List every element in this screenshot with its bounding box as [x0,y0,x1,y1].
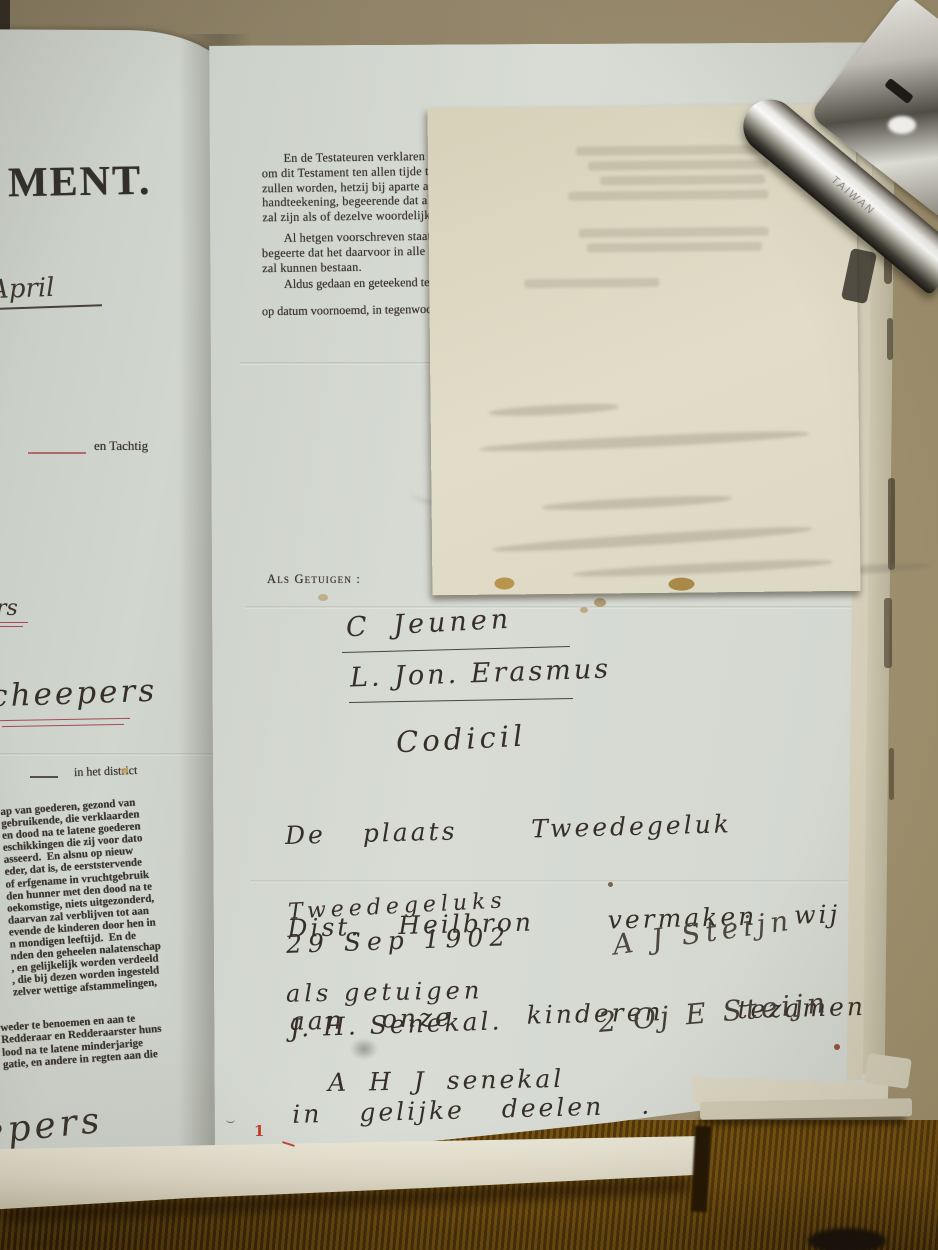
handwritten-april: April [0,273,55,305]
aldus-line: Aldus gedaan en geteekend te [284,275,430,292]
bleedthrough-text [568,190,768,201]
bleedthrough-writing [488,402,618,418]
bleedthrough-text [579,227,769,238]
codicil-line: De plaats Tweedegeluk [285,805,862,851]
clip-engraving-taiwan: TAIWAN [828,174,878,217]
clip-highlight [888,116,916,134]
als-getuigen-label: Als Getuigen : [267,572,361,587]
print-line: zal kunnen bestaan. [262,258,432,275]
witness-signature-ahj-senekal: A H J senekal [328,1064,565,1097]
handwritten-fragment-rs: rs [0,596,18,621]
bleedthrough-writing [572,558,832,580]
document-photo: MENT. April en Tachtig rs Scheepers in h… [0,0,938,1250]
handwritten-scheepers: Scheepers [0,673,158,716]
stain [494,577,514,589]
torn-edge-mark [887,318,893,360]
right-paragraph-2: Al hetgen voorschreven staat begeerte da… [262,229,432,276]
red-underline [0,626,23,627]
left-paragraph-1: ap van goederen, gezond van gebruikende,… [0,794,185,999]
torn-edge-mark [884,598,892,668]
blank-rule [28,452,86,454]
bottom-right-page-edge [864,1053,912,1089]
datum-line: op datum voornoemd, in tegenwoord [262,302,443,320]
pen-tick [226,1116,235,1123]
bleedthrough-text [587,242,762,253]
printed-district: in het district [74,763,138,780]
right-paragraph-1: En de Testateuren verklaren om dit Testa… [261,149,449,226]
pen-dash [30,776,58,778]
print-line: zal zijn als of dezelve woordelijk hie [262,208,449,225]
printed-tachtig: en Tachtig [94,438,148,454]
bottom-right-page-edge [700,1098,912,1120]
print-line: begeerte dat het daarvoor in alle [262,244,432,261]
desk-dark-object [808,1228,886,1250]
bleedthrough-writing [492,524,812,555]
red-underline [0,622,28,623]
ink-smudge [350,1038,378,1060]
bleedthrough-text [588,160,768,171]
bleedthrough-text [600,175,765,186]
bleedthrough-writing [541,494,731,513]
stain [668,577,694,590]
bleedthrough-text [576,145,774,156]
als-getuigen-handwritten: als getuigen [286,976,484,1007]
torn-edge-mark [889,748,894,800]
bleedthrough-text [524,278,659,288]
red-mark-numeral: 1 [254,1122,264,1140]
testament-title-fragment: MENT. [8,157,152,207]
torn-edge-mark [888,478,895,570]
bleedthrough-writing [479,429,809,455]
